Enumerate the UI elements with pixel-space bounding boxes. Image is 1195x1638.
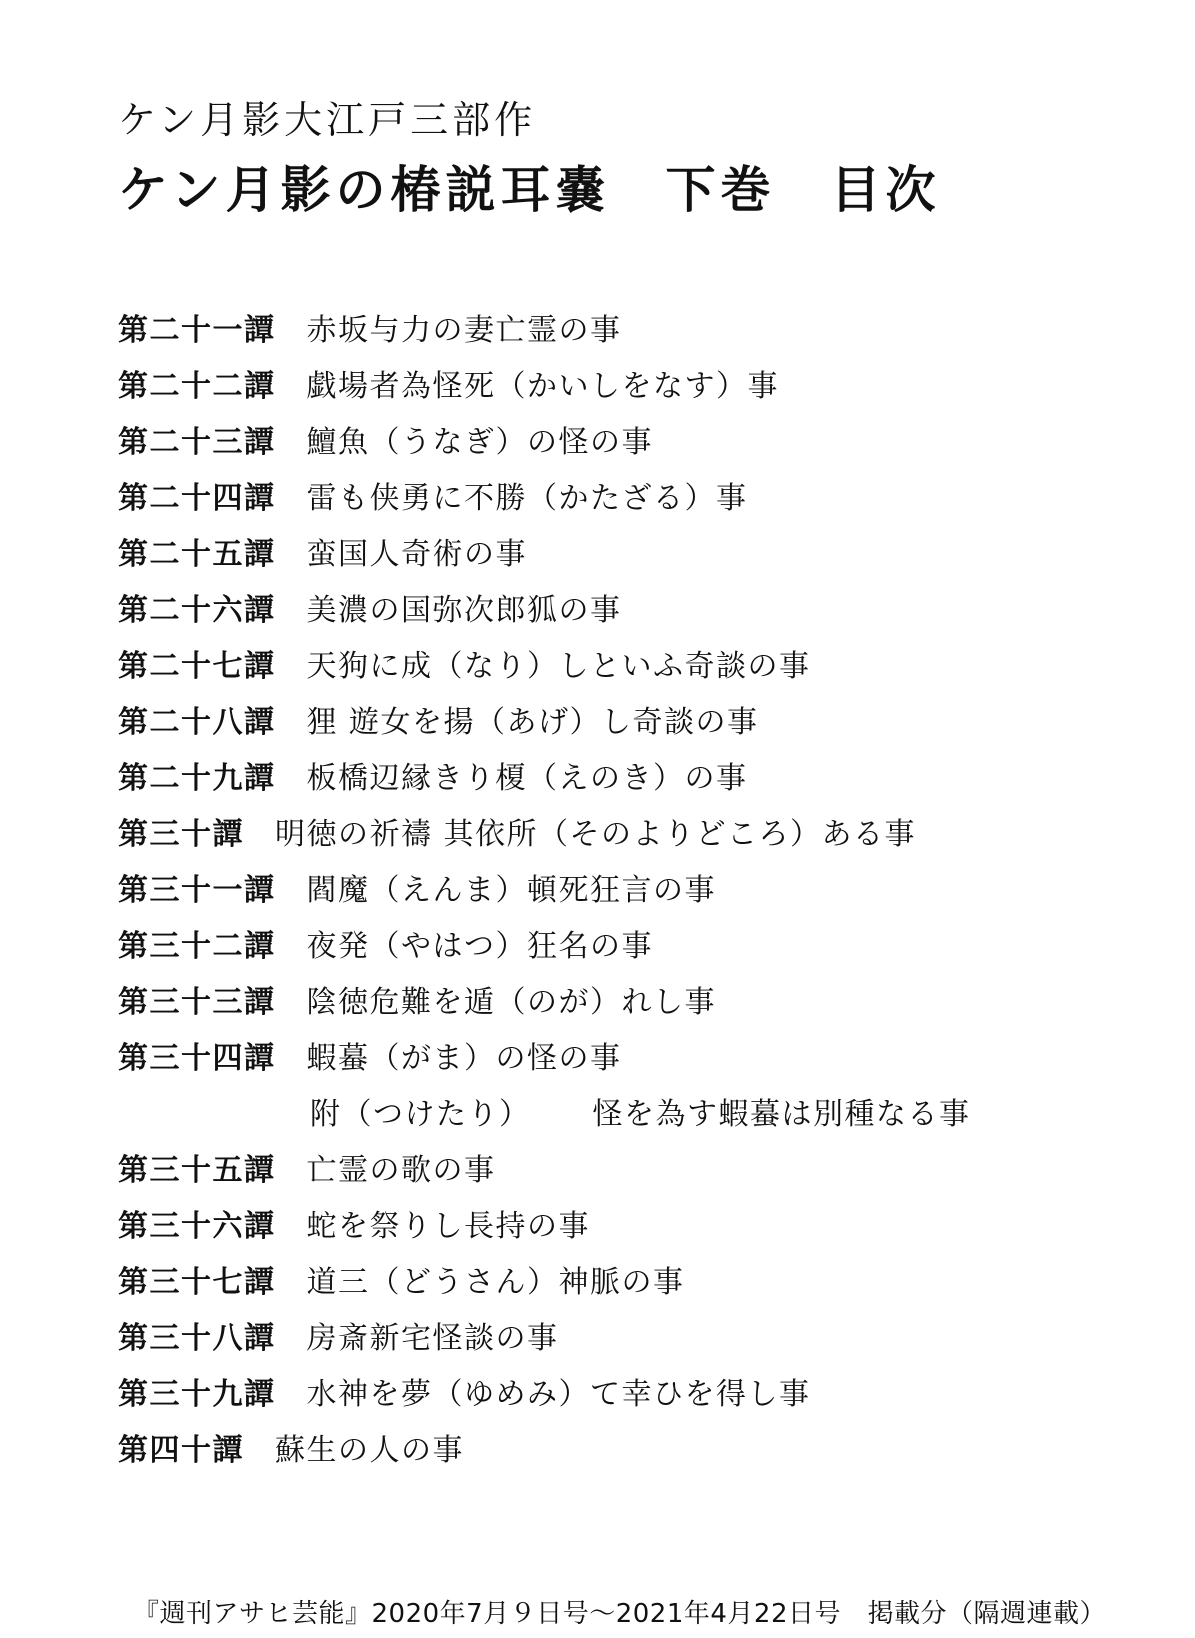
chapter-number: 第二十四譚: [118, 481, 276, 516]
chapter-number: 第四十譚: [118, 1433, 244, 1468]
chapter-number: 第三十三譚: [118, 985, 276, 1020]
toc-appendix-entry: 附（つけたり）怪を為す蝦蟇は別種なる事: [118, 1087, 971, 1143]
appendix-label: 附（つけたり）: [310, 1097, 531, 1132]
chapter-title: 板橋辺縁きり榎（えのき）の事: [307, 761, 748, 796]
toc-entry: 第三十一譚閻魔（えんま）頓死狂言の事: [118, 863, 971, 919]
table-of-contents: 第二十一譚赤坂与力の妻亡霊の事 第二十二譚戯場者為怪死（かいしをなす）事 第二十…: [118, 303, 971, 1479]
chapter-number: 第二十一譚: [118, 313, 276, 348]
chapter-title: 閻魔（えんま）頓死狂言の事: [307, 873, 717, 908]
chapter-number: 第三十六譚: [118, 1209, 276, 1244]
toc-entry: 第二十四譚雷も侠勇に不勝（かたざる）事: [118, 471, 971, 527]
chapter-title: 蛮国人奇術の事: [307, 537, 528, 572]
toc-entry: 第三十譚明徳の祈禱 其依所（そのよりどころ）ある事: [118, 807, 971, 863]
chapter-title: 美濃の国弥次郎狐の事: [307, 593, 622, 628]
chapter-number: 第二十九譚: [118, 761, 276, 796]
page-title: ケン月影の椿説耳嚢 下巻 目次: [118, 160, 941, 220]
chapter-title: 赤坂与力の妻亡霊の事: [307, 313, 622, 348]
chapter-title: 明徳の祈禱 其依所（そのよりどころ）ある事: [275, 817, 916, 852]
series-title: ケン月影大江戸三部作: [118, 98, 536, 142]
chapter-title: 戯場者為怪死（かいしをなす）事: [307, 369, 780, 404]
toc-entry: 第三十六譚蛇を祭りし長持の事: [118, 1199, 971, 1255]
chapter-number: 第二十三譚: [118, 425, 276, 460]
toc-entry: 第四十譚蘇生の人の事: [118, 1423, 971, 1479]
document-page: ケン月影大江戸三部作 ケン月影の椿説耳嚢 下巻 目次 第二十一譚赤坂与力の妻亡霊…: [0, 0, 1195, 1638]
chapter-number: 第三十八譚: [118, 1321, 276, 1356]
chapter-number: 第二十八譚: [118, 705, 276, 740]
toc-entry: 第三十四譚蝦蟇（がま）の怪の事: [118, 1031, 971, 1087]
toc-entry: 第二十九譚板橋辺縁きり榎（えのき）の事: [118, 751, 971, 807]
chapter-number: 第二十五譚: [118, 537, 276, 572]
chapter-title: 陰徳危難を遁（のが）れし事: [307, 985, 717, 1020]
chapter-number: 第三十二譚: [118, 929, 276, 964]
chapter-title: 狸 遊女を揚（あげ）し奇談の事: [307, 705, 759, 740]
chapter-number: 第二十七譚: [118, 649, 276, 684]
toc-entry: 第二十三譚鱣魚（うなぎ）の怪の事: [118, 415, 971, 471]
chapter-title: 天狗に成（なり）しといふ奇談の事: [307, 649, 811, 684]
chapter-number: 第三十七譚: [118, 1265, 276, 1300]
chapter-title: 蘇生の人の事: [275, 1433, 464, 1468]
toc-entry: 第二十二譚戯場者為怪死（かいしをなす）事: [118, 359, 971, 415]
chapter-number: 第三十譚: [118, 817, 244, 852]
chapter-number: 第三十五譚: [118, 1153, 276, 1188]
chapter-number: 第三十一譚: [118, 873, 276, 908]
chapter-number: 第三十九譚: [118, 1377, 276, 1412]
appendix-title: 怪を為す蝦蟇は別種なる事: [593, 1097, 971, 1132]
chapter-number: 第三十四譚: [118, 1041, 276, 1076]
chapter-title: 鱣魚（うなぎ）の怪の事: [307, 425, 654, 460]
toc-entry: 第三十五譚亡霊の歌の事: [118, 1143, 971, 1199]
publication-note: 『週刊アサヒ芸能』2020年7月９日号〜2021年4月22日号 掲載分（隔週連載…: [133, 1596, 1106, 1632]
toc-entry: 第二十六譚美濃の国弥次郎狐の事: [118, 583, 971, 639]
toc-entry: 第三十九譚水神を夢（ゆめみ）て幸ひを得し事: [118, 1367, 971, 1423]
chapter-title: 房斎新宅怪談の事: [307, 1321, 559, 1356]
chapter-number: 第二十二譚: [118, 369, 276, 404]
toc-entry: 第二十一譚赤坂与力の妻亡霊の事: [118, 303, 971, 359]
toc-entry: 第三十三譚陰徳危難を遁（のが）れし事: [118, 975, 971, 1031]
toc-entry: 第三十八譚房斎新宅怪談の事: [118, 1311, 971, 1367]
chapter-title: 蛇を祭りし長持の事: [307, 1209, 591, 1244]
toc-entry: 第三十二譚夜発（やはつ）狂名の事: [118, 919, 971, 975]
chapter-title: 蝦蟇（がま）の怪の事: [307, 1041, 622, 1076]
toc-entry: 第二十八譚狸 遊女を揚（あげ）し奇談の事: [118, 695, 971, 751]
toc-entry: 第三十七譚道三（どうさん）神脈の事: [118, 1255, 971, 1311]
chapter-number: 第二十六譚: [118, 593, 276, 628]
toc-entry: 第二十五譚蛮国人奇術の事: [118, 527, 971, 583]
chapter-title: 雷も侠勇に不勝（かたざる）事: [307, 481, 748, 516]
chapter-title: 亡霊の歌の事: [307, 1153, 496, 1188]
chapter-title: 道三（どうさん）神脈の事: [307, 1265, 685, 1300]
chapter-title: 水神を夢（ゆめみ）て幸ひを得し事: [307, 1377, 811, 1412]
toc-entry: 第二十七譚天狗に成（なり）しといふ奇談の事: [118, 639, 971, 695]
chapter-title: 夜発（やはつ）狂名の事: [307, 929, 654, 964]
